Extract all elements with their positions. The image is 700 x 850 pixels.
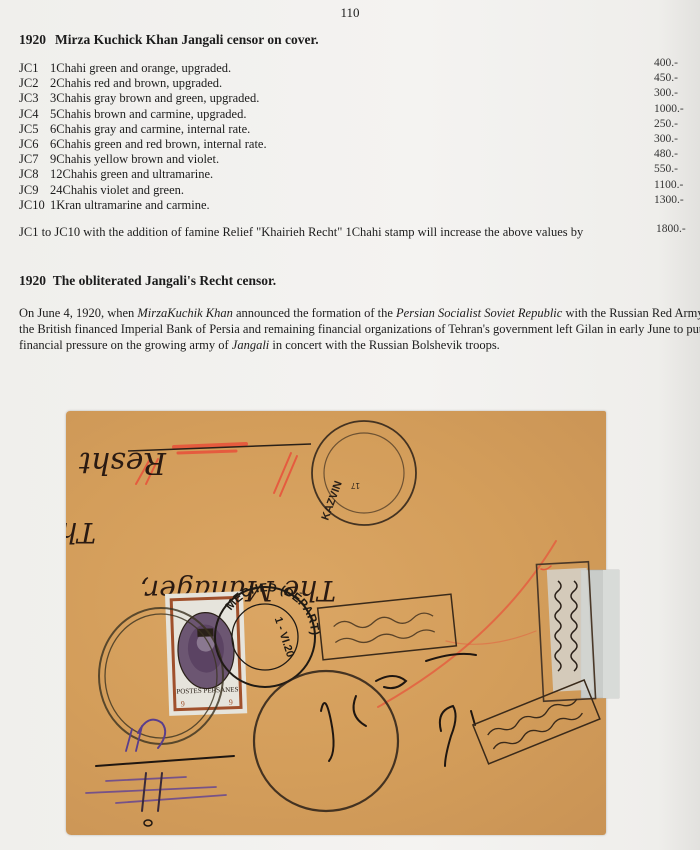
page-number: 110	[0, 5, 700, 21]
catalogue-code: JC3	[19, 91, 50, 106]
svg-text:Resht: Resht	[78, 445, 167, 480]
paragraph-italic-republic: Persian Socialist Soviet Republic	[396, 306, 562, 320]
catalogue-price: 550.-	[654, 162, 684, 177]
catalogue-price: 450.-	[654, 71, 684, 86]
catalogue-price: 1000.-	[654, 102, 684, 117]
catalogue-description: 9Chahis yellow brown and violet.	[50, 152, 219, 167]
cover-photo: KAZVIN 17 Resht The Imperial Bank of Per…	[66, 411, 606, 835]
section-heading-obliterated-censor: 1920 The obliterated Jangali's Recht cen…	[19, 273, 276, 289]
catalogue-code: JC1	[19, 61, 50, 76]
catalogue-description: 5Chahis brown and carmine, upgraded.	[50, 107, 246, 122]
catalogue-description: 6Chahis green and red brown, internal ra…	[50, 137, 267, 152]
catalogue-code: JC10	[19, 198, 50, 213]
right-label-censor	[536, 562, 619, 702]
paragraph-text: announced the formation of the	[233, 306, 396, 320]
catalogue-description: 12Chahis green and ultramarine.	[50, 167, 213, 182]
svg-text:1 - VI.20: 1 - VI.20	[272, 616, 296, 659]
catalogue-row: JC812Chahis green and ultramarine.	[19, 167, 267, 182]
catalogue-row: JC56Chahis gray and carmine, internal ra…	[19, 122, 267, 137]
svg-text:The Imperial Bank of Persia: The Imperial Bank of Persia	[66, 516, 96, 549]
catalogue-description: 3Chahis gray brown and green, upgraded.	[50, 91, 259, 106]
catalogue-description: 2Chahis red and brown, upgraded.	[50, 76, 222, 91]
catalogue-code: JC2	[19, 76, 50, 91]
catalogue-row: JC11Chahi green and orange, upgraded.	[19, 61, 267, 76]
violet-manuscript-marks	[86, 720, 234, 826]
rectangular-censor-stamp	[318, 594, 457, 660]
envelope-illustration: KAZVIN 17 Resht The Imperial Bank of Per…	[66, 411, 626, 841]
catalogue-row: JC79Chahis yellow brown and violet.	[19, 152, 267, 167]
catalogue-price: 300.-	[654, 132, 684, 147]
catalogue-code: JC4	[19, 107, 50, 122]
catalogue-description: 1Chahi green and orange, upgraded.	[50, 61, 231, 76]
catalogue-row: JC33Chahis gray brown and green, upgrade…	[19, 91, 267, 106]
catalogue-row: JC45Chahis brown and carmine, upgraded.	[19, 107, 267, 122]
catalogue-code: JC6	[19, 137, 50, 152]
catalogue-row: JC924Chahis violet and green.	[19, 183, 267, 198]
svg-text:17: 17	[351, 481, 360, 490]
kazvin-postmark: KAZVIN 17	[312, 421, 416, 525]
catalogue-description: 24Chahis violet and green.	[50, 183, 184, 198]
catalogue-price: 480.-	[654, 147, 684, 162]
catalogue-description: 6Chahis gray and carmine, internal rate.	[50, 122, 250, 137]
svg-text:9: 9	[181, 699, 185, 708]
catalogue-code: JC5	[19, 122, 50, 137]
catalogue-list: JC11Chahi green and orange, upgraded. JC…	[19, 61, 267, 213]
handwritten-address: Resht The Imperial Bank of Persia The Ma…	[66, 445, 336, 607]
famine-relief-note: JC1 to JC10 with the addition of famine …	[19, 225, 583, 240]
catalogue-code: JC9	[19, 183, 50, 198]
section-heading-censor-on-cover: 1920Mirza Kuchick Khan Jangali censor on…	[19, 32, 319, 48]
catalogue-price: 300.-	[654, 86, 684, 101]
paragraph-text: in concert with the Russian Bolshevik tr…	[269, 338, 500, 352]
catalogue-price: 400.-	[654, 56, 684, 71]
catalogue-row: JC66Chahis green and red brown, internal…	[19, 137, 267, 152]
catalogue-prices: 400.- 450.- 300.- 1000.- 250.- 300.- 480…	[654, 56, 684, 208]
catalogue-code: JC7	[19, 152, 50, 167]
svg-text:KAZVIN: KAZVIN	[320, 479, 345, 522]
lower-circular-cancel	[254, 671, 398, 811]
catalogue-row: JC22Chahis red and brown, upgraded.	[19, 76, 267, 91]
section-title: The obliterated Jangali's Recht censor.	[53, 273, 276, 288]
catalogue-row: JC101Kran ultramarine and carmine.	[19, 198, 267, 213]
catalogue-description: 1Kran ultramarine and carmine.	[50, 198, 210, 213]
section-year: 1920	[19, 32, 46, 47]
catalogue-price: 250.-	[654, 117, 684, 132]
history-paragraph: On June 4, 1920, when MirzaKuchik Khan a…	[19, 305, 700, 353]
catalogue-code: JC8	[19, 167, 50, 182]
catalogue-price: 1100.-	[654, 178, 684, 193]
paragraph-italic-name: MirzaKuchik Khan	[137, 306, 232, 320]
section-year: 1920	[19, 273, 46, 288]
section-title: Mirza Kuchick Khan Jangali censor on cov…	[55, 32, 319, 47]
famine-relief-value: 1800.-	[656, 223, 686, 235]
paragraph-text: On June 4, 1920, when	[19, 306, 137, 320]
catalogue-price: 1300.-	[654, 193, 684, 208]
svg-text:9: 9	[229, 698, 233, 707]
paragraph-italic-jangali: Jangali	[232, 338, 270, 352]
